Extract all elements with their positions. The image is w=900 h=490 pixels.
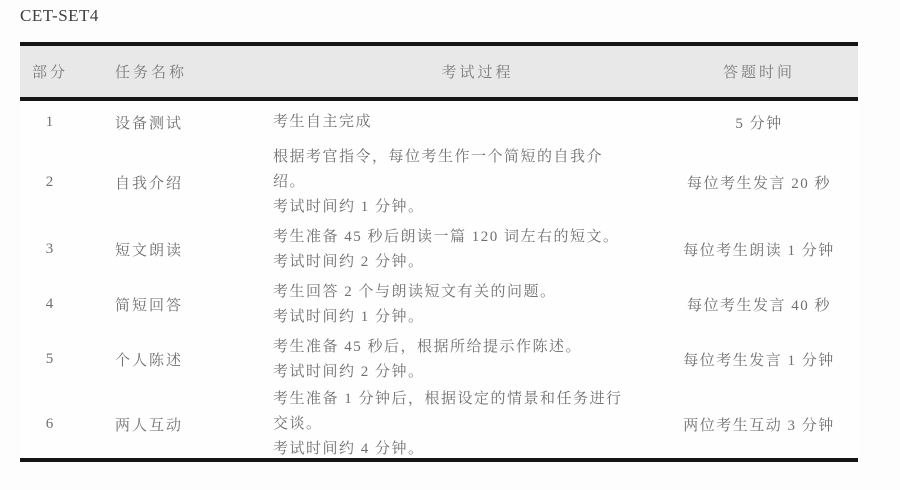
part-number: 1 (20, 114, 80, 131)
exam-process: 考生回答 2 个与朗读短文有关的问题。 考试时间约 1 分钟。 (250, 280, 660, 330)
table-row: 4 简短回答 考生回答 2 个与朗读短文有关的问题。 考试时间约 1 分钟。 每… (20, 277, 858, 332)
exam-process: 根据考官指令，每位考生作一个简短的自我介 绍。 考试时间约 1 分钟。 (250, 145, 660, 220)
task-name: 简短回答 (80, 294, 250, 315)
answer-time: 每位考生发言 20 秒 (660, 172, 858, 193)
header-task-name: 任务名称 (80, 61, 250, 82)
answer-time: 两位考生互动 3 分钟 (660, 414, 858, 435)
header-answer-time: 答题时间 (660, 61, 858, 82)
part-number: 5 (20, 351, 80, 368)
answer-time: 每位考生朗读 1 分钟 (660, 239, 858, 260)
table-row: 3 短文朗读 考生准备 45 秒后朗读一篇 120 词左右的短文。 考试时间约 … (20, 222, 858, 277)
task-name: 个人陈述 (80, 349, 250, 370)
exam-process: 考生准备 1 分钟后，根据设定的情景和任务进行 交谈。 考试时间约 4 分钟。 (250, 387, 660, 462)
task-name: 短文朗读 (80, 239, 250, 260)
document-page: CET-SET4 部分 任务名称 考试过程 答题时间 1 设备测试 考生自主完成… (0, 0, 900, 490)
exam-process: 考生自主完成 (250, 110, 660, 135)
table-row: 5 个人陈述 考生准备 45 秒后，根据所给提示作陈述。 考试时间约 2 分钟。… (20, 332, 858, 387)
exam-process: 考生准备 45 秒后，根据所给提示作陈述。 考试时间约 2 分钟。 (250, 335, 660, 385)
table-row: 2 自我介绍 根据考官指令，每位考生作一个简短的自我介 绍。 考试时间约 1 分… (20, 143, 858, 222)
table-body: 1 设备测试 考生自主完成 5 分钟 2 自我介绍 根据考官指令，每位考生作一个… (20, 101, 858, 462)
answer-time: 每位考生发言 40 秒 (660, 294, 858, 315)
task-name: 自我介绍 (80, 172, 250, 193)
part-number: 6 (20, 416, 80, 433)
part-number: 2 (20, 174, 80, 191)
answer-time: 每位考生发言 1 分钟 (660, 349, 858, 370)
table-header-row: 部分 任务名称 考试过程 答题时间 (20, 42, 858, 101)
header-exam-process: 考试过程 (250, 61, 660, 82)
task-name: 两人互动 (80, 414, 250, 435)
task-name: 设备测试 (80, 112, 250, 133)
answer-time: 5 分钟 (660, 112, 858, 133)
exam-structure-table: 部分 任务名称 考试过程 答题时间 1 设备测试 考生自主完成 5 分钟 2 自… (20, 42, 858, 462)
part-number: 3 (20, 241, 80, 258)
table-row: 1 设备测试 考生自主完成 5 分钟 (20, 101, 858, 143)
exam-process: 考生准备 45 秒后朗读一篇 120 词左右的短文。 考试时间约 2 分钟。 (250, 225, 660, 275)
header-part: 部分 (20, 61, 80, 82)
page-title: CET-SET4 (20, 6, 99, 26)
part-number: 4 (20, 296, 80, 313)
table-row: 6 两人互动 考生准备 1 分钟后，根据设定的情景和任务进行 交谈。 考试时间约… (20, 387, 858, 458)
